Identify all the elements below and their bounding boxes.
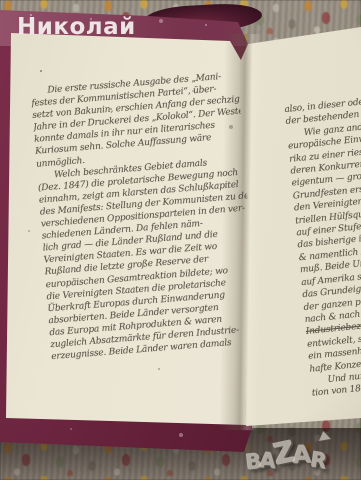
listing-photo: Die erste russische Ausgabe des „Mani-fe… xyxy=(0,0,361,480)
handwriting-left-page: Die erste russische Ausgabe des „Mani-fe… xyxy=(30,70,259,367)
bazar-letter: R xyxy=(309,448,329,474)
seller-name-overlay: Николай xyxy=(17,14,136,40)
page-ink-specks xyxy=(40,70,42,72)
bazar-watermark: BAZAR xyxy=(246,433,350,473)
